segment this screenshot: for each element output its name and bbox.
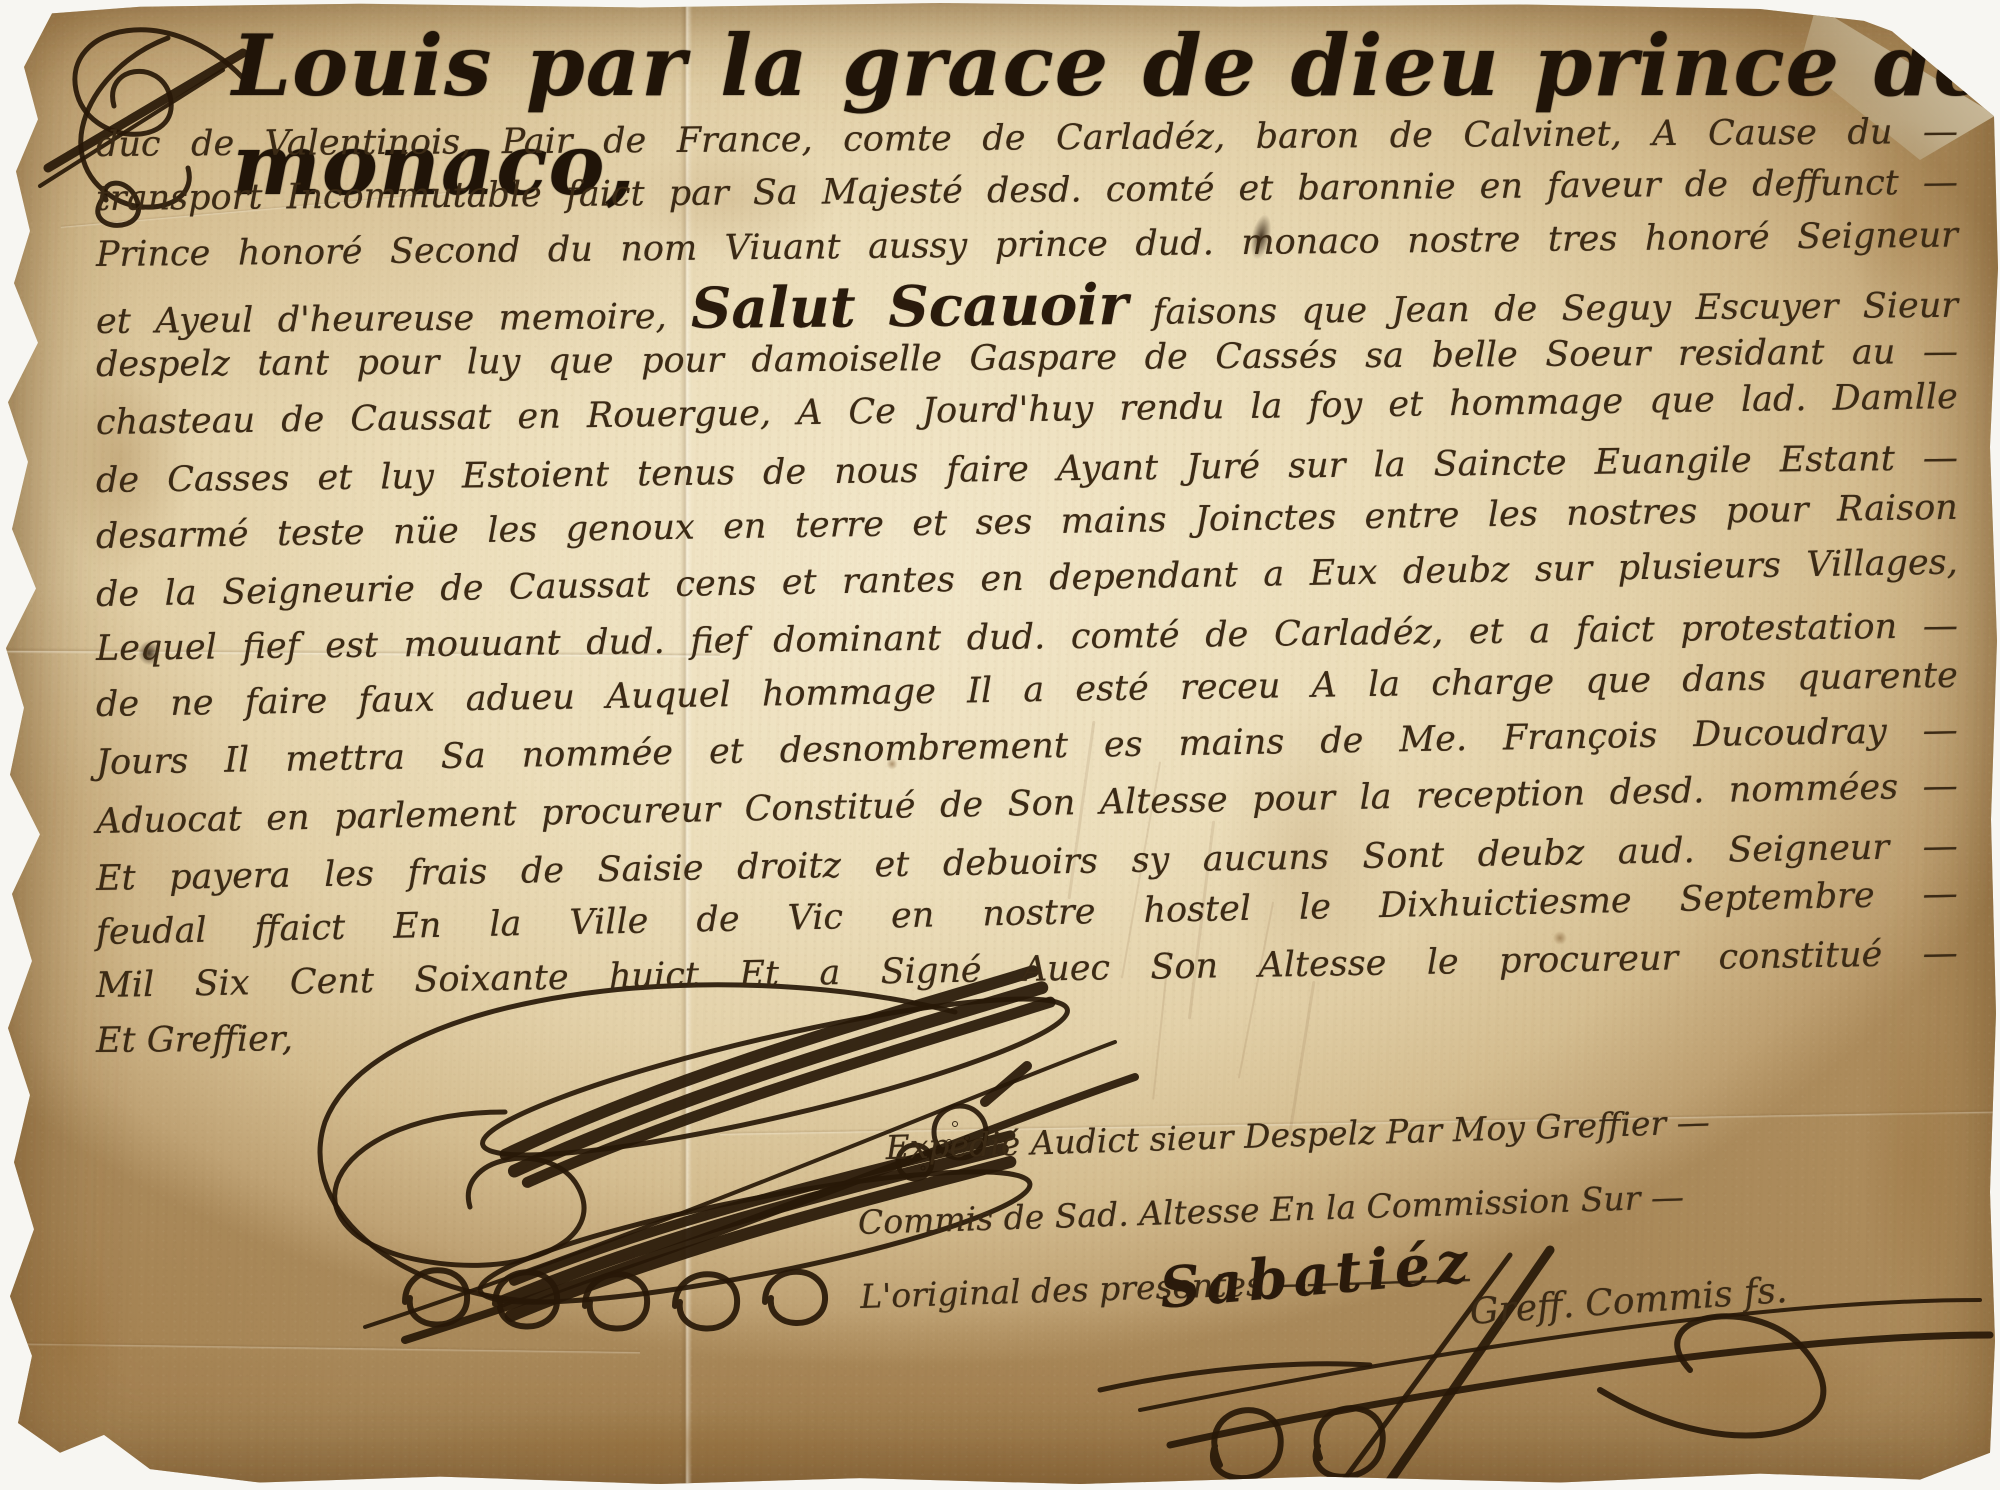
salut-scavoir-emphasis: Salut Scauoir (691, 272, 1129, 342)
line-text: Et Greffier, (96, 1019, 293, 1061)
manuscript-line: Et Greffier, (96, 1020, 293, 1060)
line-text: et Ayeul d'heureuse memoire, (96, 297, 667, 342)
parchment-sheet: Louis par la grace de dieu prince de mon… (0, 0, 2000, 1490)
parchment-manuscript: Louis par la grace de dieu prince de mon… (0, 0, 2000, 1490)
line-text: faisons que Jean de Seguy Escuyer Sieur (1152, 286, 1958, 333)
